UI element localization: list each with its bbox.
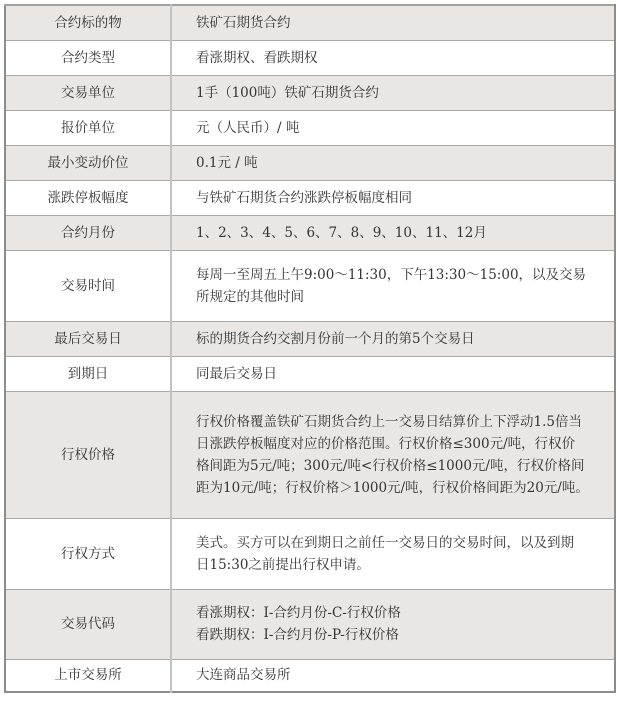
- row-label: 行权价格: [5, 391, 171, 518]
- row-value: 看涨期权：I-合约月份-C-行权价格 看跌期权：I-合约月份-P-行权价格: [171, 589, 615, 659]
- row-value: 元（人民币）/ 吨: [171, 110, 615, 145]
- row-quote-unit: 报价单位 元（人民币）/ 吨: [5, 110, 615, 145]
- row-label: 上市交易所: [5, 659, 171, 692]
- row-value: 与铁矿石期货合约涨跌停板幅度相同: [171, 180, 615, 215]
- row-label: 最后交易日: [5, 321, 171, 356]
- row-value: 大连商品交易所: [171, 659, 615, 692]
- contract-spec-table: 合约标的物 铁矿石期货合约 合约类型 看涨期权、看跌期权 交易单位 1手（100…: [4, 4, 616, 693]
- row-label: 合约类型: [5, 40, 171, 75]
- row-label: 涨跌停板幅度: [5, 180, 171, 215]
- row-contract-months: 合约月份 1、2、3、4、5、6、7、8、9、10、11、12月: [5, 215, 615, 250]
- row-trading-code: 交易代码 看涨期权：I-合约月份-C-行权价格 看跌期权：I-合约月份-P-行权…: [5, 589, 615, 659]
- row-value: 行权价格覆盖铁矿石期货合约上一交易日结算价上下浮动1.5倍当 日涨跌停板幅度对应…: [171, 391, 615, 518]
- row-exercise-style: 行权方式 美式。买方可以在到期日之前任一交易日的交易时间，以及到期 日15:30…: [5, 518, 615, 589]
- row-label: 到期日: [5, 356, 171, 391]
- row-trading-hours: 交易时间 每周一至周五上午9:00～11:30，下午13:30～15:00，以及…: [5, 250, 615, 321]
- row-underlying: 合约标的物 铁矿石期货合约: [5, 5, 615, 40]
- row-value: 每周一至周五上午9:00～11:30，下午13:30～15:00，以及交易 所规…: [171, 250, 615, 321]
- row-price-limit: 涨跌停板幅度 与铁矿石期货合约涨跌停板幅度相同: [5, 180, 615, 215]
- row-label: 交易代码: [5, 589, 171, 659]
- row-exchange: 上市交易所 大连商品交易所: [5, 659, 615, 692]
- row-value: 同最后交易日: [171, 356, 615, 391]
- row-value: 1、2、3、4、5、6、7、8、9、10、11、12月: [171, 215, 615, 250]
- row-strike-price: 行权价格 行权价格覆盖铁矿石期货合约上一交易日结算价上下浮动1.5倍当 日涨跌停…: [5, 391, 615, 518]
- row-value: 铁矿石期货合约: [171, 5, 615, 40]
- row-label: 报价单位: [5, 110, 171, 145]
- row-label: 合约月份: [5, 215, 171, 250]
- row-value: 看涨期权、看跌期权: [171, 40, 615, 75]
- row-label: 合约标的物: [5, 5, 171, 40]
- row-value: 0.1元 / 吨: [171, 145, 615, 180]
- row-tick-size: 最小变动价位 0.1元 / 吨: [5, 145, 615, 180]
- row-last-trading-day: 最后交易日 标的期货合约交割月份前一个月的第5个交易日: [5, 321, 615, 356]
- row-contract-type: 合约类型 看涨期权、看跌期权: [5, 40, 615, 75]
- row-expiration-day: 到期日 同最后交易日: [5, 356, 615, 391]
- row-label: 最小变动价位: [5, 145, 171, 180]
- row-trading-unit: 交易单位 1手（100吨）铁矿石期货合约: [5, 75, 615, 110]
- row-value: 标的期货合约交割月份前一个月的第5个交易日: [171, 321, 615, 356]
- row-value: 1手（100吨）铁矿石期货合约: [171, 75, 615, 110]
- row-label: 交易单位: [5, 75, 171, 110]
- row-value: 美式。买方可以在到期日之前任一交易日的交易时间，以及到期 日15:30之前提出行…: [171, 518, 615, 589]
- row-label: 行权方式: [5, 518, 171, 589]
- row-label: 交易时间: [5, 250, 171, 321]
